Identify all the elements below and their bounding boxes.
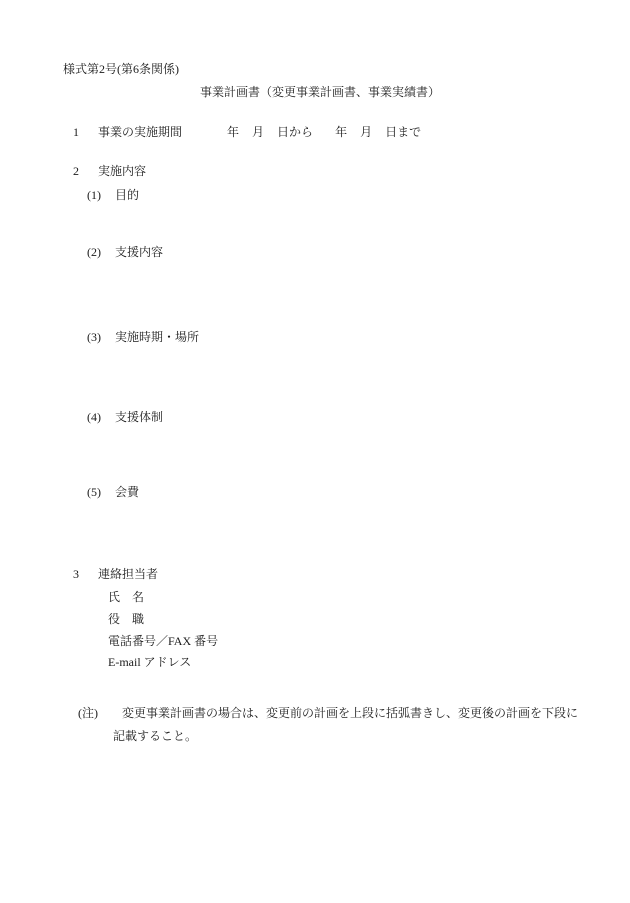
section-2-label: 実施内容 <box>98 164 146 178</box>
item-4-label: 支援体制 <box>115 410 163 424</box>
document-page: 様式第2号(第6条関係) 事業計画書（変更事業計画書、事業実績書） 1事業の実施… <box>0 0 630 903</box>
section-1-period-line: 1事業の実施期間年月日から年月日まで <box>73 125 421 140</box>
item-5-label: 会費 <box>115 485 139 499</box>
period-from-year-label: 年 <box>227 125 239 139</box>
section-2-item-1: (1)目的 <box>87 188 139 203</box>
item-5-number: (5) <box>87 485 115 500</box>
note-text-1: 変更事業計画書の場合は、変更前の計画を上段に括弧書きし、変更後の計画を下段に <box>122 706 578 720</box>
item-4-number: (4) <box>87 410 115 425</box>
section-2-heading: 2実施内容 <box>73 164 146 179</box>
contact-phone-fax-label: 電話番号／FAX 番号 <box>108 634 218 649</box>
item-3-number: (3) <box>87 330 115 345</box>
note-label: (注) <box>78 706 122 721</box>
period-to-year-label: 年 <box>335 125 347 139</box>
item-3-label: 実施時期・場所 <box>115 330 199 344</box>
period-to-day-label: 日まで <box>385 125 421 139</box>
item-2-number: (2) <box>87 245 115 260</box>
section-2-item-5: (5)会費 <box>87 485 139 500</box>
section-3-heading: 3連絡担当者 <box>73 567 158 582</box>
contact-name-label: 氏 名 <box>108 590 144 605</box>
note-line-2: 記載すること。 <box>113 729 197 744</box>
contact-email-label: E-mail アドレス <box>108 655 191 670</box>
item-2-label: 支援内容 <box>115 245 163 259</box>
period-from-day-label: 日から <box>277 125 313 139</box>
section-1-label: 事業の実施期間 <box>98 125 182 139</box>
period-to-month-label: 月 <box>360 125 372 139</box>
section-2-item-3: (3)実施時期・場所 <box>87 330 199 345</box>
item-1-label: 目的 <box>115 188 139 202</box>
item-1-number: (1) <box>87 188 115 203</box>
document-title: 事業計画書（変更事業計画書、事業実績書） <box>200 85 440 100</box>
period-from-month-label: 月 <box>252 125 264 139</box>
note-line-1: (注)変更事業計画書の場合は、変更前の計画を上段に括弧書きし、変更後の計画を下段… <box>78 706 578 721</box>
section-2-number: 2 <box>73 164 98 179</box>
section-2-item-4: (4)支援体制 <box>87 410 163 425</box>
section-3-number: 3 <box>73 567 98 582</box>
section-1-number: 1 <box>73 125 98 140</box>
contact-role-label: 役 職 <box>108 612 144 627</box>
section-3-label: 連絡担当者 <box>98 567 158 581</box>
form-number: 様式第2号(第6条関係) <box>63 62 179 77</box>
section-2-item-2: (2)支援内容 <box>87 245 163 260</box>
